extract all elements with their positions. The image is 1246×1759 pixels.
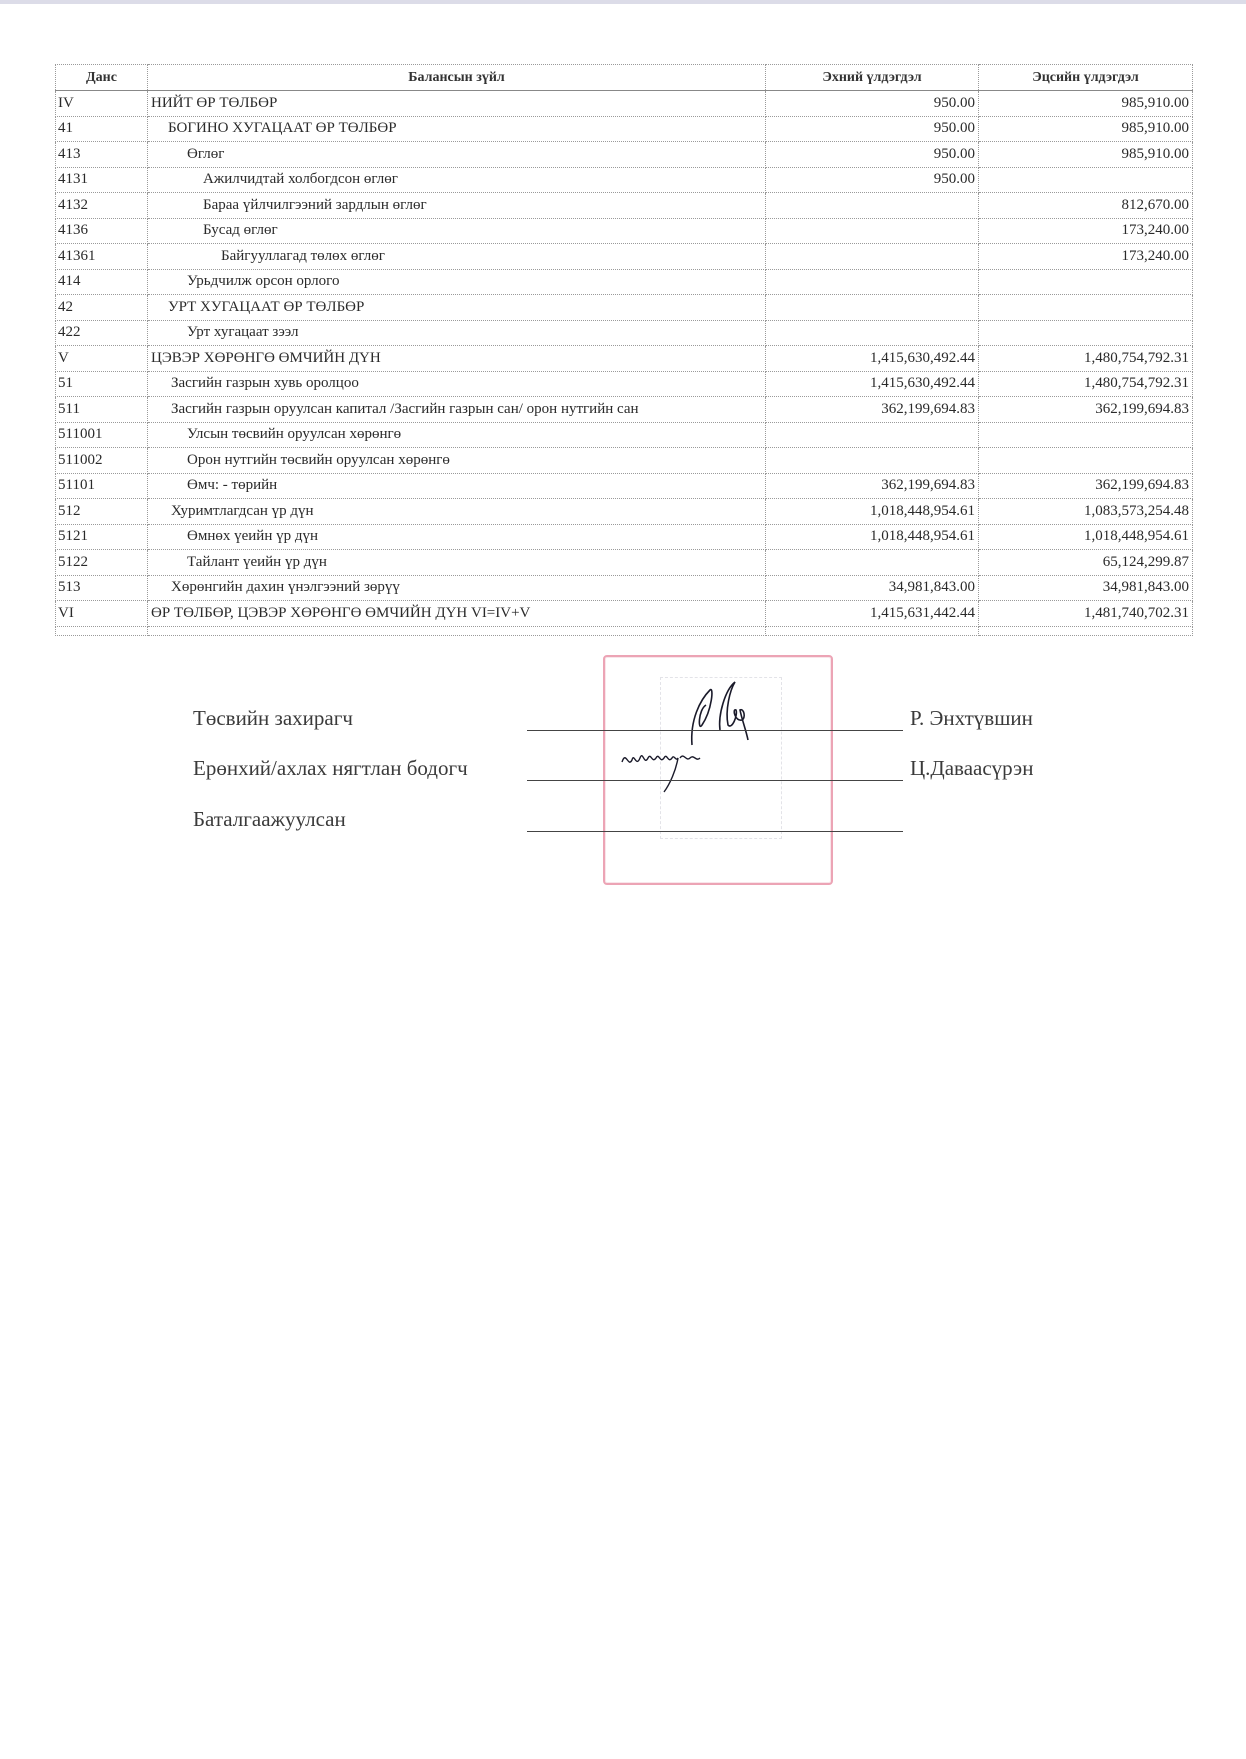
table-row: 512Хуримтлагдсан үр дүн1,018,448,954.611… <box>56 499 1193 525</box>
account-code: 511002 <box>56 448 148 474</box>
account-code: 51101 <box>56 473 148 499</box>
balance-sheet-table: Данс Балансын зүйл Эхний үлдэгдэл Эцсийн… <box>55 64 1193 636</box>
table-row: 513Хөрөнгийн дахин үнэлгээний зөрүү34,98… <box>56 575 1193 601</box>
ending-balance-value: 985,910.00 <box>979 116 1193 142</box>
account-code: 5122 <box>56 550 148 576</box>
ending-balance-value: 812,670.00 <box>979 193 1193 219</box>
table-row: IVНИЙТ ӨР ТӨЛБӨР950.00985,910.00 <box>56 91 1193 117</box>
balance-item: Өмч: - төрийн <box>148 473 766 499</box>
ending-balance-value <box>979 448 1193 474</box>
account-code: 414 <box>56 269 148 295</box>
signer-role: Төсвийн захирагч <box>193 706 353 731</box>
table-row: 413Өглөг950.00985,910.00 <box>56 142 1193 168</box>
beginning-balance-value <box>766 320 979 346</box>
balance-item: Өглөг <box>148 142 766 168</box>
beginning-balance-value <box>766 269 979 295</box>
balance-item: ӨР ТӨЛБӨР, ЦЭВЭР ХӨРӨНГӨ ӨМЧИЙН ДҮН VI=I… <box>148 601 766 627</box>
table-row: 414Урьдчилж орсон орлого <box>56 269 1193 295</box>
header-beginning-balance: Эхний үлдэгдэл <box>766 65 979 91</box>
balance-item: Хөрөнгийн дахин үнэлгээний зөрүү <box>148 575 766 601</box>
ending-balance-value <box>979 295 1193 321</box>
beginning-balance-value: 950.00 <box>766 142 979 168</box>
table-row: 4131Ажилчидтай холбогдсон өглөг950.00 <box>56 167 1193 193</box>
ending-balance-value: 1,481,740,702.31 <box>979 601 1193 627</box>
table-row: VIӨР ТӨЛБӨР, ЦЭВЭР ХӨРӨНГӨ ӨМЧИЙН ДҮН VI… <box>56 601 1193 627</box>
ending-balance-value: 362,199,694.83 <box>979 473 1193 499</box>
beginning-balance-value: 1,018,448,954.61 <box>766 499 979 525</box>
beginning-balance-value: 362,199,694.83 <box>766 397 979 423</box>
account-code: 4132 <box>56 193 148 219</box>
balance-item: Засгийн газрын хувь оролцоо <box>148 371 766 397</box>
signer-role: Ерөнхий/ахлах нягтлан бодогч <box>193 756 468 781</box>
balance-item: Байгууллагад төлөх өглөг <box>148 244 766 270</box>
table-row: 4132Бараа үйлчилгээний зардлын өглөг812,… <box>56 193 1193 219</box>
header-account: Данс <box>56 65 148 91</box>
beginning-balance-value: 1,415,631,442.44 <box>766 601 979 627</box>
ending-balance-value: 362,199,694.83 <box>979 397 1193 423</box>
balance-item: Ажилчидтай холбогдсон өглөг <box>148 167 766 193</box>
ending-balance-value: 65,124,299.87 <box>979 550 1193 576</box>
page-top-edge <box>0 0 1246 4</box>
account-code: 422 <box>56 320 148 346</box>
table-row: 511001Улсын төсвийн оруулсан хөрөнгө <box>56 422 1193 448</box>
ending-balance-value: 173,240.00 <box>979 244 1193 270</box>
signature-line <box>527 831 903 832</box>
account-code: 512 <box>56 499 148 525</box>
balance-item: Улсын төсвийн оруулсан хөрөнгө <box>148 422 766 448</box>
account-code: 41361 <box>56 244 148 270</box>
beginning-balance-value <box>766 422 979 448</box>
beginning-balance-value: 950.00 <box>766 116 979 142</box>
balance-item: Бусад өглөг <box>148 218 766 244</box>
signature-line <box>527 780 903 781</box>
signature-row: Ерөнхий/ахлах нягтлан бодогчЦ.Даваасүрэн <box>193 750 1093 780</box>
ending-balance-value <box>979 422 1193 448</box>
account-code: 511001 <box>56 422 148 448</box>
beginning-balance-value: 1,018,448,954.61 <box>766 524 979 550</box>
header-item: Балансын зүйл <box>148 65 766 91</box>
beginning-balance-value <box>766 295 979 321</box>
balance-item: БОГИНО ХУГАЦААТ ӨР ТӨЛБӨР <box>148 116 766 142</box>
beginning-balance-value <box>766 244 979 270</box>
table-body: IVНИЙТ ӨР ТӨЛБӨР950.00985,910.0041БОГИНО… <box>56 91 1193 636</box>
ending-balance-value: 1,018,448,954.61 <box>979 524 1193 550</box>
ending-balance-value: 173,240.00 <box>979 218 1193 244</box>
ending-balance-value: 1,083,573,254.48 <box>979 499 1193 525</box>
account-code: V <box>56 346 148 372</box>
table-row: 5121Өмнөх үеийн үр дүн1,018,448,954.611,… <box>56 524 1193 550</box>
table-row: 41361Байгууллагад төлөх өглөг173,240.00 <box>56 244 1193 270</box>
beginning-balance-value: 362,199,694.83 <box>766 473 979 499</box>
table-row: 422Урт хугацаат зээл <box>56 320 1193 346</box>
signature-line <box>527 730 903 731</box>
table-row: 5122Тайлант үеийн үр дүн65,124,299.87 <box>56 550 1193 576</box>
ending-balance-value: 985,910.00 <box>979 142 1193 168</box>
balance-item: Өмнөх үеийн үр дүн <box>148 524 766 550</box>
account-code: 413 <box>56 142 148 168</box>
header-ending-balance: Эцсийн үлдэгдэл <box>979 65 1193 91</box>
table-row: 41БОГИНО ХУГАЦААТ ӨР ТӨЛБӨР950.00985,910… <box>56 116 1193 142</box>
beginning-balance-value <box>766 448 979 474</box>
account-code: VI <box>56 601 148 627</box>
beginning-balance-value <box>766 550 979 576</box>
beginning-balance-value: 950.00 <box>766 167 979 193</box>
signer-role: Баталгаажуулсан <box>193 807 346 832</box>
ending-balance-value: 985,910.00 <box>979 91 1193 117</box>
balance-item: НИЙТ ӨР ТӨЛБӨР <box>148 91 766 117</box>
beginning-balance-value: 1,415,630,492.44 <box>766 346 979 372</box>
table-row: 51Засгийн газрын хувь оролцоо1,415,630,4… <box>56 371 1193 397</box>
ending-balance-value <box>979 167 1193 193</box>
ending-balance-value: 34,981,843.00 <box>979 575 1193 601</box>
signer-name: Ц.Даваасүрэн <box>910 756 1033 781</box>
balance-item: УРТ ХУГАЦААТ ӨР ТӨЛБӨР <box>148 295 766 321</box>
ending-balance-value: 1,480,754,792.31 <box>979 346 1193 372</box>
balance-item: Урьдчилж орсон орлого <box>148 269 766 295</box>
balance-item: Тайлант үеийн үр дүн <box>148 550 766 576</box>
balance-item: Бараа үйлчилгээний зардлын өглөг <box>148 193 766 219</box>
beginning-balance-value <box>766 218 979 244</box>
account-code: 4131 <box>56 167 148 193</box>
account-code: 42 <box>56 295 148 321</box>
table-row: 511Засгийн газрын оруулсан капитал /Засг… <box>56 397 1193 423</box>
balance-item: Орон нутгийн төсвийн оруулсан хөрөнгө <box>148 448 766 474</box>
ending-balance-value <box>979 269 1193 295</box>
account-code: 5121 <box>56 524 148 550</box>
account-code: 51 <box>56 371 148 397</box>
table-row: 51101Өмч: - төрийн362,199,694.83362,199,… <box>56 473 1193 499</box>
balance-item: Хуримтлагдсан үр дүн <box>148 499 766 525</box>
table-row: VЦЭВЭР ХӨРӨНГӨ ӨМЧИЙН ДҮН1,415,630,492.4… <box>56 346 1193 372</box>
signature-row: Баталгаажуулсан <box>193 801 1093 831</box>
balance-item: Засгийн газрын оруулсан капитал /Засгийн… <box>148 397 766 423</box>
account-code: IV <box>56 91 148 117</box>
table-row: 42УРТ ХУГАЦААТ ӨР ТӨЛБӨР <box>56 295 1193 321</box>
table-spacer-row <box>56 626 1193 635</box>
ending-balance-value: 1,480,754,792.31 <box>979 371 1193 397</box>
beginning-balance-value: 950.00 <box>766 91 979 117</box>
signer-name: Р. Энхтүвшин <box>910 706 1033 731</box>
account-code: 511 <box>56 397 148 423</box>
account-code: 513 <box>56 575 148 601</box>
balance-item: ЦЭВЭР ХӨРӨНГӨ ӨМЧИЙН ДҮН <box>148 346 766 372</box>
ending-balance-value <box>979 320 1193 346</box>
account-code: 4136 <box>56 218 148 244</box>
table-row: 511002Орон нутгийн төсвийн оруулсан хөрө… <box>56 448 1193 474</box>
beginning-balance-value <box>766 193 979 219</box>
table-header-row: Данс Балансын зүйл Эхний үлдэгдэл Эцсийн… <box>56 65 1193 91</box>
beginning-balance-value: 34,981,843.00 <box>766 575 979 601</box>
account-code: 41 <box>56 116 148 142</box>
balance-item: Урт хугацаат зээл <box>148 320 766 346</box>
table-row: 4136Бусад өглөг173,240.00 <box>56 218 1193 244</box>
beginning-balance-value: 1,415,630,492.44 <box>766 371 979 397</box>
signature-row: Төсвийн захирагчР. Энхтүвшин <box>193 700 1093 730</box>
